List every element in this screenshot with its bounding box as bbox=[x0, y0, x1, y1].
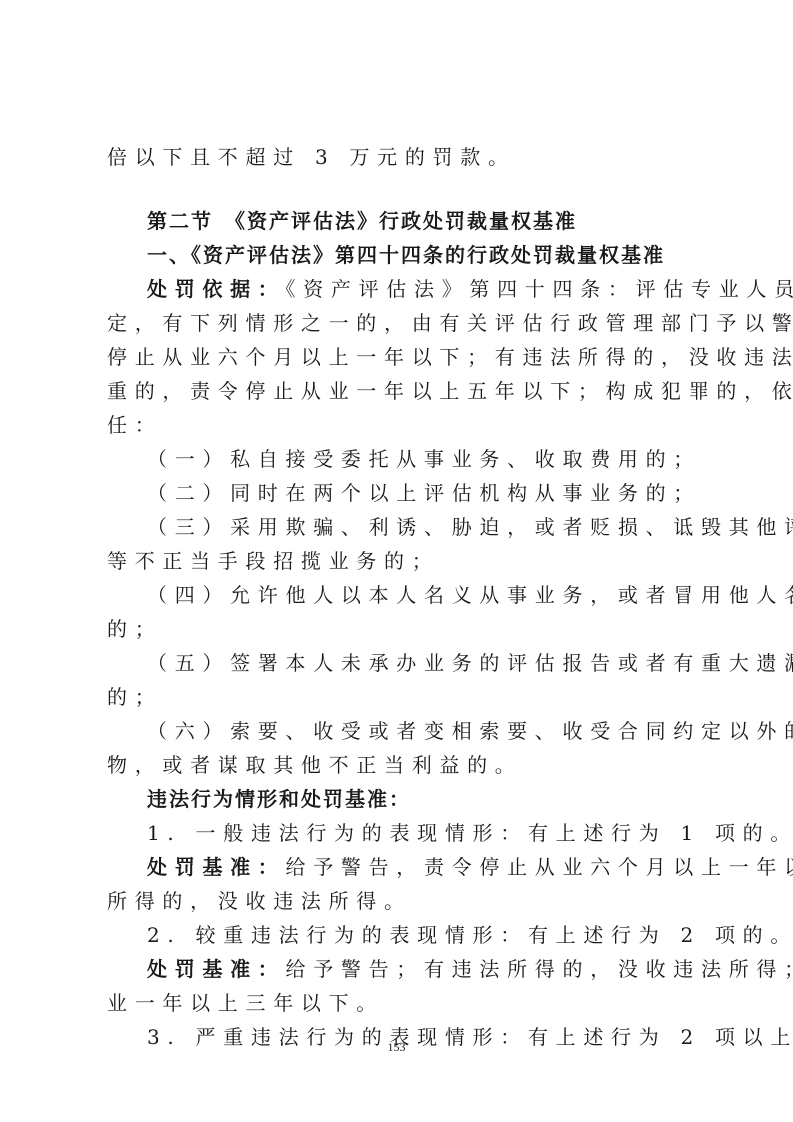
penalty-standard-label: 处罚基准： bbox=[147, 855, 286, 879]
criteria-item: 1. 一般违法行为的表现情形：有上述行为 1 项的。 bbox=[147, 818, 793, 848]
criteria-title: 违法行为情形和处罚基准： bbox=[147, 787, 411, 811]
line-text: 给予警告；有违法所得的，没收违法所得；责令停止从 bbox=[286, 957, 793, 981]
penalty-basis-line: 处罚依据：《资产评估法》第四十四条：评估专业人员违反本法规 bbox=[147, 274, 793, 304]
line-text: 等不正当手段招揽业务的； bbox=[107, 549, 439, 573]
section-heading: 第二节 《资产评估法》行政处罚裁量权基准 bbox=[147, 206, 577, 236]
page-number: 153 bbox=[0, 1040, 793, 1055]
criteria-item: 2. 较重违法行为的表现情形：有上述行为 2 项的。 bbox=[147, 920, 793, 950]
line-text: 所得的，没收违法所得。 bbox=[107, 889, 412, 913]
text-line: 业一年以上三年以下。 bbox=[107, 988, 384, 1018]
line-text: 定，有下列情形之一的，由有关评估行政管理部门予以警告，可以责令 bbox=[107, 311, 793, 335]
subsection-title: 一、《资产评估法》第四十四条的行政处罚裁量权基准 bbox=[147, 243, 665, 267]
text-line: 物，或者谋取其他不正当利益的。 bbox=[107, 750, 523, 780]
text-line: 的； bbox=[107, 682, 162, 712]
line-text: 1. 一般违法行为的表现情形：有上述行为 1 项的。 bbox=[147, 821, 793, 845]
line-text: 业一年以上三年以下。 bbox=[107, 991, 384, 1015]
line-text: 物，或者谋取其他不正当利益的。 bbox=[107, 753, 523, 777]
line-text: 重的，责令停止从业一年以上五年以下；构成犯罪的，依法追究刑事责 bbox=[107, 379, 793, 403]
list-item: （六）索要、收受或者变相索要、收受合同约定以外的酬金、财 bbox=[147, 716, 793, 746]
subsection-heading: 一、《资产评估法》第四十四条的行政处罚裁量权基准 bbox=[147, 240, 665, 270]
text-line: 定，有下列情形之一的，由有关评估行政管理部门予以警告，可以责令 bbox=[107, 308, 793, 338]
text-line: 所得的，没收违法所得。 bbox=[107, 886, 412, 916]
line-text: 倍以下且不超过 3 万元的罚款。 bbox=[107, 145, 516, 169]
line-text: （一）私自接受委托从事业务、收取费用的； bbox=[147, 447, 701, 471]
line-text: 《资产评估法》第四十四条：评估专业人员违反本法规 bbox=[286, 277, 793, 301]
text-line: 的； bbox=[107, 614, 162, 644]
list-item: （三）采用欺骗、利诱、胁迫，或者贬损、诋毁其他评估专业人员 bbox=[147, 512, 793, 542]
list-item: （五）签署本人未承办业务的评估报告或者有重大遗漏的评估报告 bbox=[147, 648, 793, 678]
text-line: 停止从业六个月以上一年以下；有违法所得的，没收违法所得；情节严 bbox=[107, 342, 793, 372]
line-text: （二）同时在两个以上评估机构从事业务的； bbox=[147, 481, 701, 505]
line-text: （四）允许他人以本人名义从事业务，或者冒用他人名义从事业务 bbox=[147, 583, 793, 607]
list-item: （一）私自接受委托从事业务、收取费用的； bbox=[147, 444, 701, 474]
text-line: 重的，责令停止从业一年以上五年以下；构成犯罪的，依法追究刑事责 bbox=[107, 376, 793, 406]
line-text: 停止从业六个月以上一年以下；有违法所得的，没收违法所得；情节严 bbox=[107, 345, 793, 369]
line-text: （五）签署本人未承办业务的评估报告或者有重大遗漏的评估报告 bbox=[147, 651, 793, 675]
line-text: 任： bbox=[107, 413, 162, 437]
text-line: 任： bbox=[107, 410, 162, 440]
line-text: （六）索要、收受或者变相索要、收受合同约定以外的酬金、财 bbox=[147, 719, 793, 743]
document-page: 倍以下且不超过 3 万元的罚款。 第二节 《资产评估法》行政处罚裁量权基准 一、… bbox=[0, 0, 793, 1122]
penalty-basis-label: 处罚依据： bbox=[147, 277, 286, 301]
line-text: 的； bbox=[107, 685, 162, 709]
penalty-standard-line: 处罚基准：给予警告，责令停止从业六个月以上一年以下，有违法 bbox=[147, 852, 793, 882]
line-text: （三）采用欺骗、利诱、胁迫，或者贬损、诋毁其他评估专业人员 bbox=[147, 515, 793, 539]
penalty-standard-line: 处罚基准：给予警告；有违法所得的，没收违法所得；责令停止从 bbox=[147, 954, 793, 984]
line-text: 2. 较重违法行为的表现情形：有上述行为 2 项的。 bbox=[147, 923, 793, 947]
penalty-standard-label: 处罚基准： bbox=[147, 957, 286, 981]
list-item: （二）同时在两个以上评估机构从事业务的； bbox=[147, 478, 701, 508]
list-item: （四）允许他人以本人名义从事业务，或者冒用他人名义从事业务 bbox=[147, 580, 793, 610]
line-text: 的； bbox=[107, 617, 162, 641]
section-title: 第二节 《资产评估法》行政处罚裁量权基准 bbox=[147, 209, 577, 233]
text-line: 等不正当手段招揽业务的； bbox=[107, 546, 439, 576]
paragraph-continuation: 倍以下且不超过 3 万元的罚款。 bbox=[107, 142, 516, 172]
criteria-heading: 违法行为情形和处罚基准： bbox=[147, 784, 411, 814]
line-text: 给予警告，责令停止从业六个月以上一年以下，有违法 bbox=[286, 855, 793, 879]
